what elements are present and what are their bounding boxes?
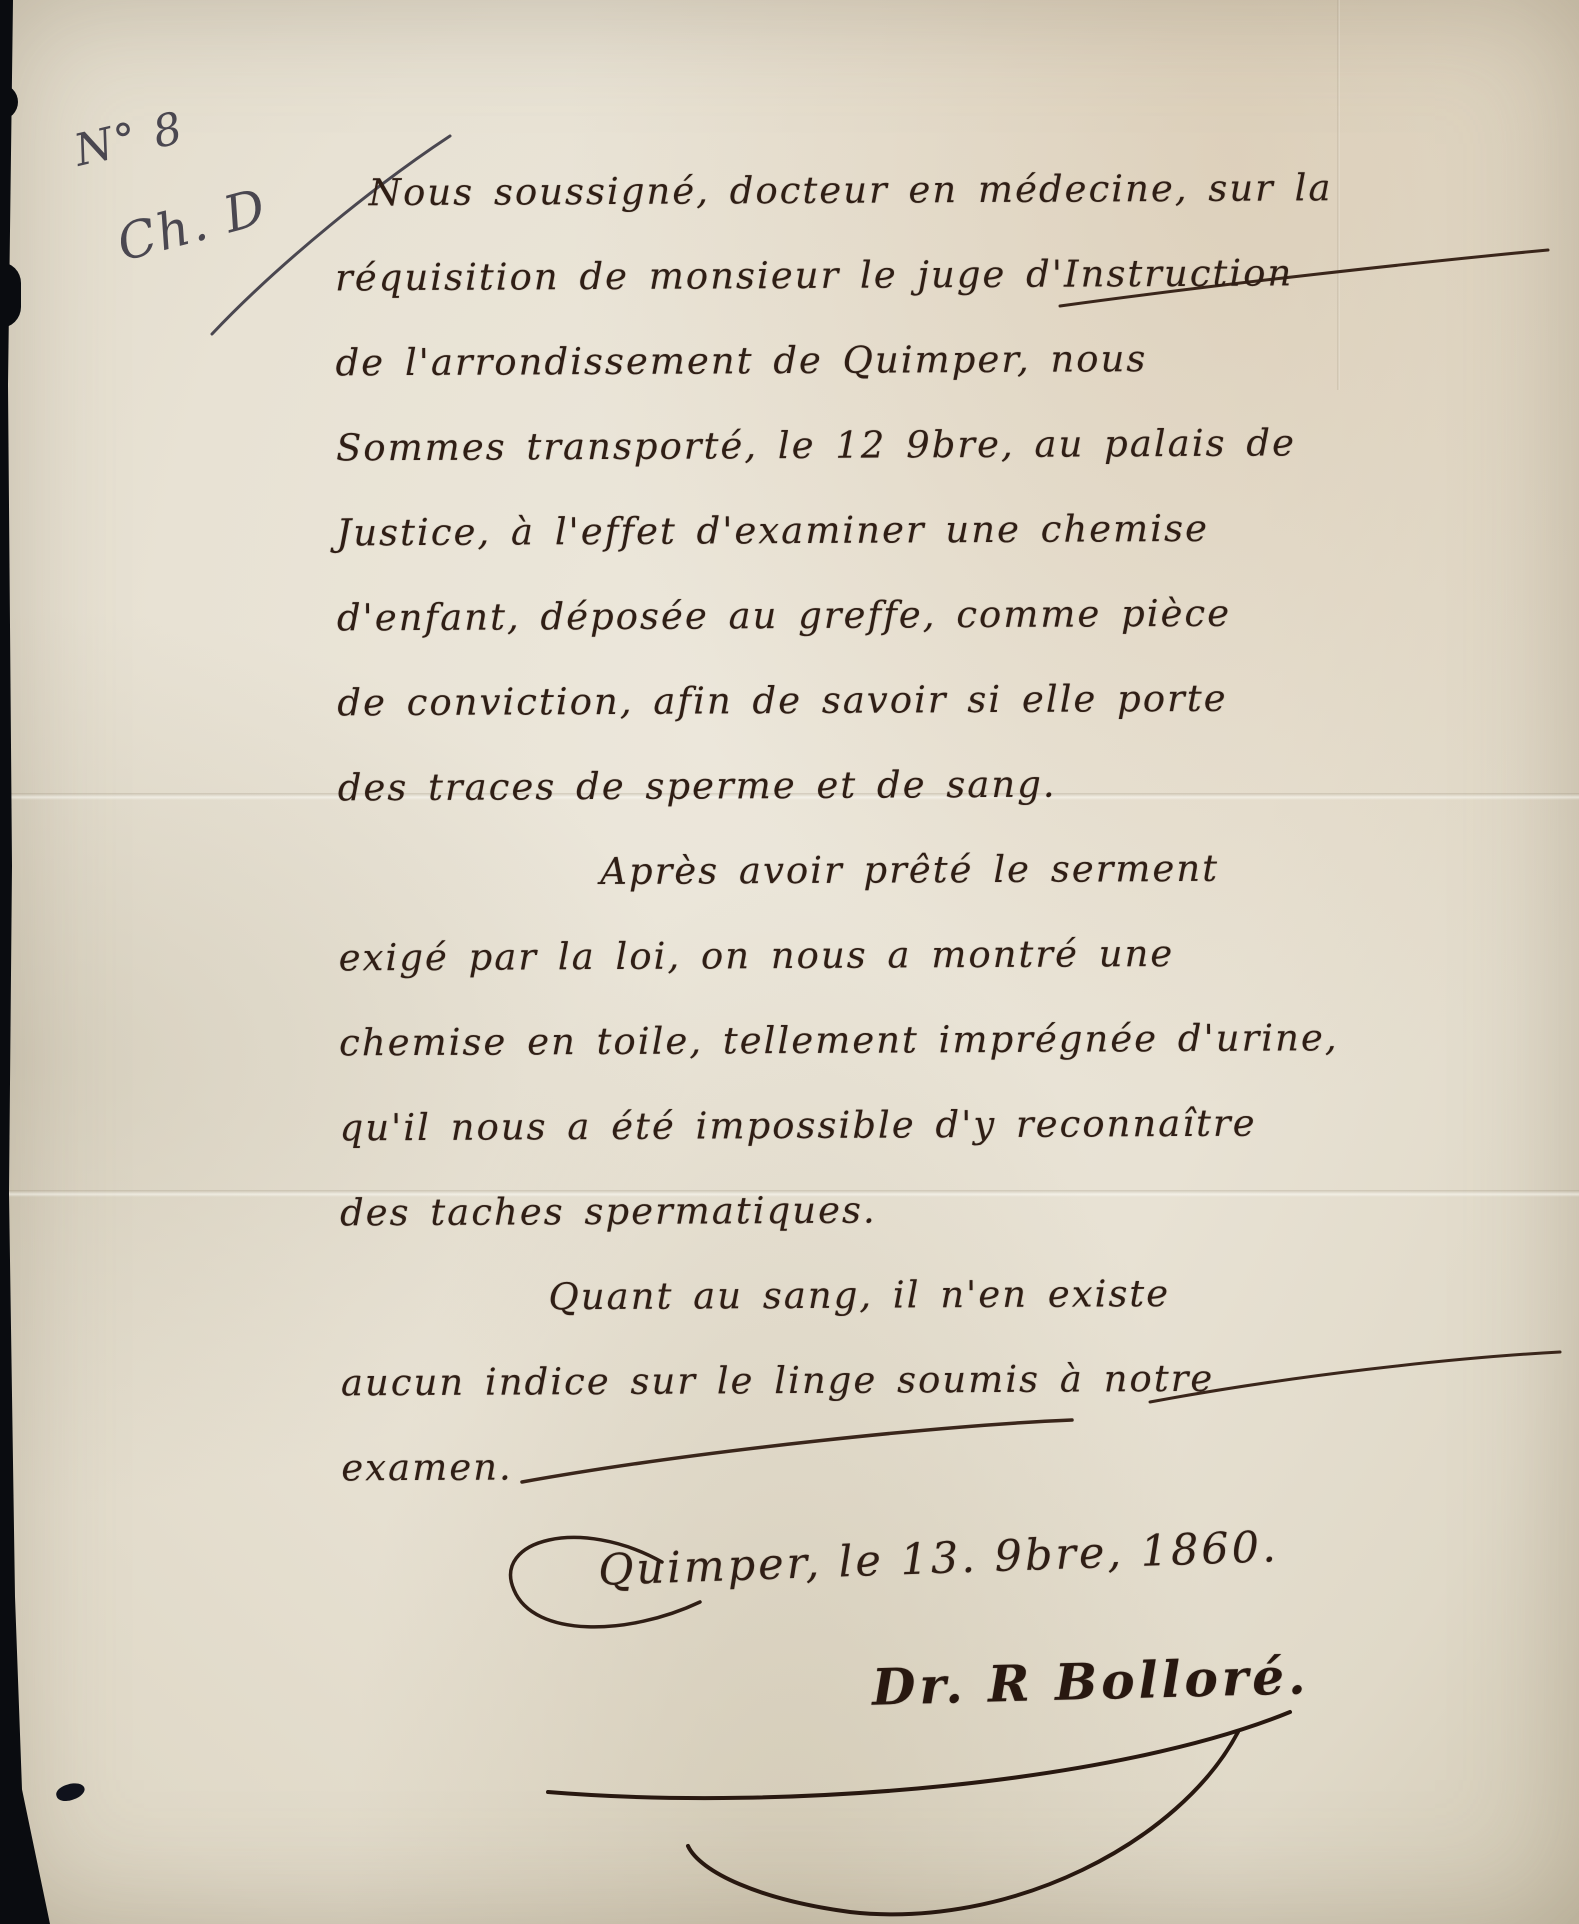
manuscript-line: chemise en toile, tellement imprégnée d'… (339, 996, 1259, 1086)
manuscript-text: Nous soussigné, docteur en médecine, sur… (334, 146, 1261, 1511)
manuscript-line: Nous soussigné, docteur en médecine, sur… (334, 146, 1254, 236)
paragraph: Quant au sang, il n'en existeaucun indic… (340, 1251, 1261, 1511)
paragraph: Après avoir prêté le sermentexigé par la… (338, 826, 1260, 1256)
photo-frame: N° 8 Ch. D Nous soussigné, docteur en mé… (0, 0, 1579, 1924)
manuscript-line: exigé par la loi, on nous a montré une (338, 911, 1258, 1001)
manuscript-line: des taches spermatiques. (340, 1166, 1260, 1256)
manuscript-line: de conviction, afin de savoir si elle po… (337, 656, 1257, 746)
manuscript-line: qu'il nous a été impossible d'y reconnaî… (339, 1081, 1259, 1171)
manuscript-line: Après avoir prêté le serment (338, 826, 1258, 916)
manuscript-line: réquisition de monsieur le juge d'Instru… (335, 231, 1255, 321)
manuscript-line: Justice, à l'effet d'examiner une chemis… (336, 486, 1256, 576)
fold-crease-vertical (1337, 0, 1340, 390)
manuscript-line: aucun indice sur le linge soumis à notre (341, 1336, 1261, 1426)
signature: Dr. R Bolloré. (871, 1646, 1310, 1716)
manuscript-line: examen. (341, 1421, 1261, 1511)
manuscript-line: Sommes transporté, le 12 9bre, au palais… (336, 401, 1256, 491)
manuscript-line: d'enfant, déposée au greffe, comme pièce (337, 571, 1257, 661)
paragraph: Nous soussigné, docteur en médecine, sur… (334, 146, 1258, 831)
manuscript-line: des traces de sperme et de sang. (338, 741, 1258, 831)
manuscript-line: de l'arrondissement de Quimper, nous (335, 316, 1255, 406)
manuscript-line: Quant au sang, il n'en existe (340, 1251, 1260, 1341)
